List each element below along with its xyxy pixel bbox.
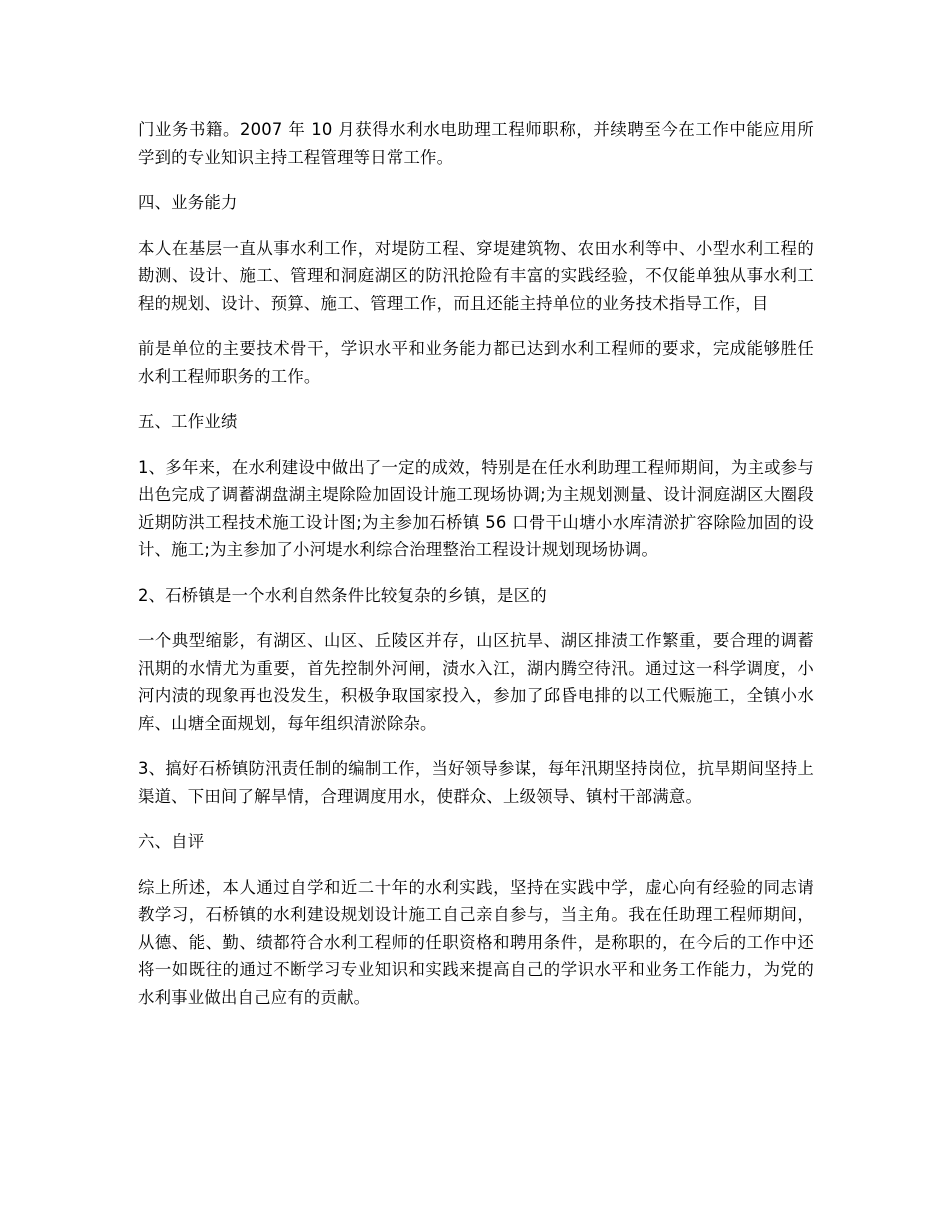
paragraph-continuation-books: 门业务书籍。2007 年 10 月获得水利水电助理工程师职称，并续聘至今在工作中… xyxy=(138,116,814,171)
paragraph-performance-2-continued: 一个典型缩影，有湖区、山区、丘陵区并存，山区抗旱、湖区排渍工作繁重，要合理的调蓄… xyxy=(138,627,814,737)
paragraph-performance-3: 3、搞好石桥镇防汛责任制的编制工作，当好领导参谋，每年汛期坚持岗位，抗旱期间坚持… xyxy=(138,755,814,810)
paragraph-technical-backbone: 前是单位的主要技术骨干，学识水平和业务能力都已达到水利工程师的要求，完成能够胜任… xyxy=(138,335,814,390)
paragraph-business-ability: 本人在基层一直从事水利工作，对堤防工程、穿堤建筑物、农田水利等中、小型水利工程的… xyxy=(138,235,814,318)
paragraph-performance-2: 2、石桥镇是一个水利自然条件比较复杂的乡镇，是区的 xyxy=(138,582,814,610)
section-heading-business-ability: 四、业务能力 xyxy=(138,189,814,217)
document-page: 门业务书籍。2007 年 10 月获得水利水电助理工程师职称，并续聘至今在工作中… xyxy=(138,116,814,1029)
paragraph-performance-1: 1、多年来，在水利建设中做出了一定的成效，特别是在任水利助理工程师期间，为主或参… xyxy=(138,454,814,564)
paragraph-self-evaluation: 综上所述，本人通过自学和近二十年的水利实践，坚持在实践中学，虚心向有经验的同志请… xyxy=(138,874,814,1012)
section-heading-self-evaluation: 六、自评 xyxy=(138,828,814,856)
section-heading-work-performance: 五、工作业绩 xyxy=(138,408,814,436)
